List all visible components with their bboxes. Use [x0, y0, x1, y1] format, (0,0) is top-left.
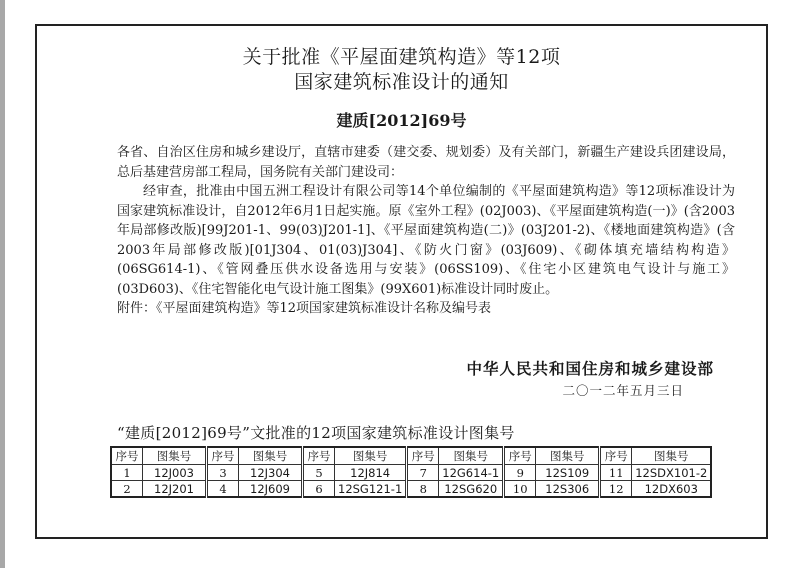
- cell-code: 12S306: [536, 481, 600, 498]
- header-code: 图集号: [439, 447, 504, 465]
- main-paragraph: 经审查，批准由中国五洲工程设计有限公司等14个单位编制的《平屋面建筑构造》等12…: [117, 182, 735, 299]
- cell-code: 12J304: [239, 465, 303, 481]
- header-no: 序号: [111, 447, 143, 465]
- cell-no: 4: [207, 481, 239, 498]
- header-code: 图集号: [536, 447, 600, 465]
- header-no: 序号: [504, 447, 536, 465]
- notice-body: 各省、自治区住房和城乡建设厅，直辖市建委（建交委、规划委）及有关部门，新疆生产建…: [117, 143, 735, 319]
- cell-no: 7: [407, 465, 439, 481]
- cell-no: 1: [111, 465, 143, 481]
- cell-no: 6: [303, 481, 335, 498]
- header-no: 序号: [207, 447, 239, 465]
- cell-no: 12: [600, 481, 632, 498]
- cell-code: 12SG121-1: [335, 481, 407, 498]
- cell-code: 12SDX101-2: [632, 465, 712, 481]
- cell-no: 10: [504, 481, 536, 498]
- header-no: 序号: [600, 447, 632, 465]
- table-header-row: 序号 图集号 序号 图集号 序号 图集号 序号 图集号 序号 图集号 序号 图集…: [111, 447, 711, 465]
- issuer-signature: 中华人民共和国住房和城乡建设部: [466, 357, 714, 379]
- table-row: 1 12J003 3 12J304 5 12J814 7 12G614-1 9 …: [111, 465, 711, 481]
- header-code: 图集号: [632, 447, 712, 465]
- table-caption: “建质[2012]69号”文批准的12项国家建筑标准设计图集号: [117, 422, 515, 443]
- cell-no: 11: [600, 465, 632, 481]
- attachment-line: 附件：《平屋面建筑构造》等12项国家建筑标准设计名称及编号表: [117, 299, 735, 319]
- cell-code: 12DX603: [632, 481, 712, 498]
- cell-code: 12S109: [536, 465, 600, 481]
- table-row: 2 12J201 4 12J609 6 12SG121-1 8 12SG620 …: [111, 481, 711, 498]
- cell-code: 12SG620: [439, 481, 504, 498]
- issue-date: 二〇一二年五月三日: [562, 381, 684, 399]
- cell-no: 9: [504, 465, 536, 481]
- cell-no: 3: [207, 465, 239, 481]
- header-code: 图集号: [335, 447, 407, 465]
- cell-no: 5: [303, 465, 335, 481]
- document-number: 建质[2012]69号: [37, 108, 766, 131]
- addressee: 各省、自治区住房和城乡建设厅，直辖市建委（建交委、规划委）及有关部门，新疆生产建…: [117, 143, 735, 182]
- header-no: 序号: [303, 447, 335, 465]
- cell-code: 12J003: [143, 465, 207, 481]
- cell-code: 12J609: [239, 481, 303, 498]
- cell-code: 12J814: [335, 465, 407, 481]
- cell-no: 2: [111, 481, 143, 498]
- cell-code: 12G614-1: [439, 465, 504, 481]
- notice-title-line1: 关于批准《平屋面建筑构造》等12项: [37, 45, 766, 69]
- atlas-number-table: 序号 图集号 序号 图集号 序号 图集号 序号 图集号 序号 图集号 序号 图集…: [110, 446, 712, 498]
- document-frame: 关于批准《平屋面建筑构造》等12项 国家建筑标准设计的通知 建质[2012]69…: [35, 24, 768, 539]
- cell-code: 12J201: [143, 481, 207, 498]
- header-code: 图集号: [143, 447, 207, 465]
- cell-no: 8: [407, 481, 439, 498]
- header-no: 序号: [407, 447, 439, 465]
- header-code: 图集号: [239, 447, 303, 465]
- left-edge-bar: [0, 0, 5, 568]
- notice-title-line2: 国家建筑标准设计的通知: [37, 70, 766, 94]
